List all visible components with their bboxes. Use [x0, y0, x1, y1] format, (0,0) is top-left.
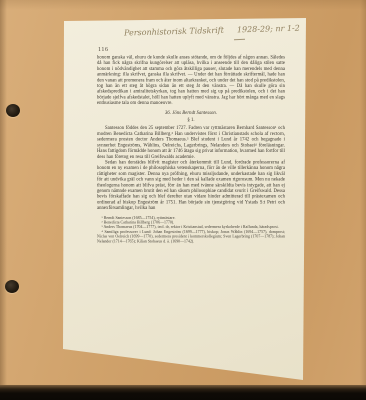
scanned-archive-sheet: Personhistorisk Tidskrift 1928-29; nr 1-… [0, 0, 366, 400]
handwriting-underline [234, 39, 245, 41]
punch-hole-top [6, 104, 20, 117]
pasted-clipping-page: Personhistorisk Tidskrift 1928-29; nr 1-… [62, 15, 310, 384]
printed-text-block: honom ganska väl, ehuru de kunde skulle … [97, 55, 285, 244]
scan-bottom-shadow [0, 385, 366, 400]
handwritten-annotation: Personhistorisk Tidskrift 1928-29; nr 1-… [124, 23, 304, 37]
footnote-4: ⁴ Samtliga professorer i Lund: Johan Eng… [97, 229, 285, 243]
section-heading: 36. Jöns Berndt Santesson. [97, 110, 285, 116]
footnotes-block: ¹ Berndt Santesson (1685—1754), ryttmäst… [97, 215, 285, 243]
paragraph-mark: § 1. [97, 118, 285, 124]
punch-hole-bottom [5, 280, 19, 293]
handwritten-issue-note: 1928-29; nr 1-2 [237, 24, 300, 35]
paragraph-biography-start: Santesson föddes den 25 september 1727. … [97, 126, 285, 160]
handwritten-journal-title: Personhistorisk Tidskrift [124, 26, 224, 38]
paragraph-biography-continued: Sedan han derstädes blifvit magister och… [97, 160, 285, 211]
paragraph-continuation: honom ganska väl, ehuru de kunde skulle … [97, 55, 285, 106]
page-number: 116 [98, 47, 109, 53]
